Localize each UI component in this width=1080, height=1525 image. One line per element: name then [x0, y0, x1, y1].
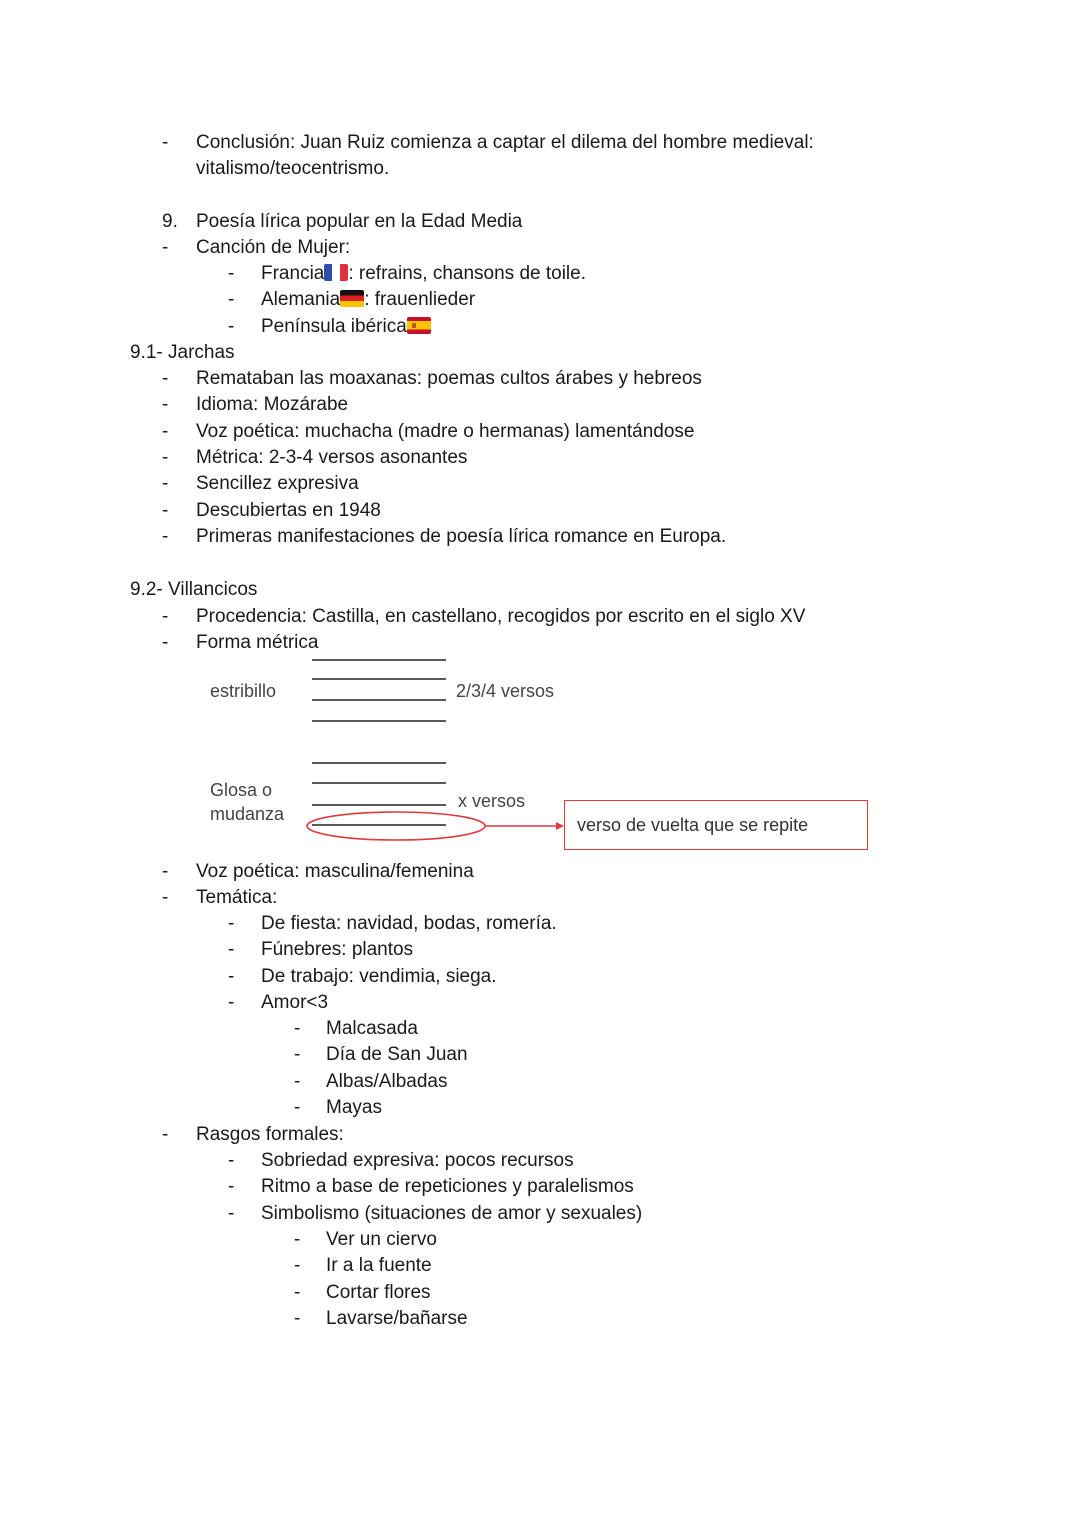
- list-item-francia: Francia: refrains, chansons de toile.: [261, 263, 586, 285]
- list-dash: -: [162, 368, 168, 390]
- list-dash: -: [162, 447, 168, 469]
- list-item: Voz poética: muchacha (madre o hermanas)…: [196, 421, 695, 443]
- procedencia: Procedencia: Castilla, en castellano, re…: [196, 606, 805, 628]
- list-dash: -: [294, 1097, 300, 1119]
- voz-poetica: Voz poética: masculina/femenina: [196, 861, 474, 883]
- estribillo-count: 2/3/4 versos: [456, 680, 554, 702]
- list-item: Lavarse/bañarse: [326, 1308, 468, 1330]
- list-dash: -: [294, 1255, 300, 1277]
- list-dash: -: [162, 861, 168, 883]
- list-dash: -: [162, 887, 168, 909]
- list-dash: -: [294, 1044, 300, 1066]
- list-dash: -: [294, 1282, 300, 1304]
- arrow-head-icon: [556, 822, 564, 830]
- cancion-de-mujer: Canción de Mujer:: [196, 237, 350, 259]
- list-item: De fiesta: navidad, bodas, romería.: [261, 913, 557, 935]
- list-item: Albas/Albadas: [326, 1071, 447, 1093]
- list-item: Simbolismo (situaciones de amor y sexual…: [261, 1203, 642, 1225]
- section-number: 9.: [162, 211, 178, 233]
- list-dash: -: [228, 1176, 234, 1198]
- list-item: Sobriedad expresiva: pocos recursos: [261, 1150, 574, 1172]
- flag-france-icon: [324, 264, 348, 281]
- list-dash: -: [228, 992, 234, 1014]
- list-item-alemania: Alemania: frauenlieder: [261, 289, 475, 311]
- list-item: Primeras manifestaciones de poesía líric…: [196, 526, 726, 548]
- list-dash: -: [294, 1071, 300, 1093]
- list-dash: -: [294, 1308, 300, 1330]
- glosa-count: x versos: [458, 790, 525, 812]
- list-dash: -: [162, 1124, 168, 1146]
- list-dash: -: [228, 939, 234, 961]
- list-item: Métrica: 2-3-4 versos asonantes: [196, 447, 467, 469]
- list-item: Ritmo a base de repeticiones y paralelis…: [261, 1176, 634, 1198]
- list-item: Amor<3: [261, 992, 328, 1014]
- list-dash: -: [162, 421, 168, 443]
- list-item: Remataban las moaxanas: poemas cultos ár…: [196, 368, 702, 390]
- list-dash: -: [162, 132, 168, 154]
- list-dash: -: [162, 606, 168, 628]
- list-dash: -: [162, 632, 168, 654]
- conclusion-line-2: vitalismo/teocentrismo.: [196, 158, 389, 180]
- country-detail: : refrains, chansons de toile.: [348, 263, 586, 284]
- list-dash: -: [228, 316, 234, 338]
- callout-box: verso de vuelta que se repite: [564, 800, 868, 850]
- list-dash: -: [228, 966, 234, 988]
- list-item-peninsula: Península ibérica: [261, 316, 431, 338]
- list-dash: -: [162, 500, 168, 522]
- list-item: Idioma: Mozárabe: [196, 394, 348, 416]
- list-dash: -: [162, 473, 168, 495]
- highlight-ellipse: [307, 812, 485, 840]
- country-name: Península ibérica: [261, 316, 407, 337]
- forma-metrica: Forma métrica: [196, 632, 318, 654]
- list-dash: -: [162, 394, 168, 416]
- rasgos-formales: Rasgos formales:: [196, 1124, 344, 1146]
- verse-lines: [312, 660, 446, 825]
- villancicos-heading: 9.2- Villancicos: [130, 579, 257, 601]
- country-detail: : frauenlieder: [364, 289, 475, 310]
- list-dash: -: [294, 1229, 300, 1251]
- section-title: Poesía lírica popular en la Edad Media: [196, 211, 522, 233]
- tematica: Temática:: [196, 887, 277, 909]
- list-item: Fúnebres: plantos: [261, 939, 413, 961]
- list-dash: -: [228, 289, 234, 311]
- list-dash: -: [228, 913, 234, 935]
- list-item: Descubiertas en 1948: [196, 500, 381, 522]
- list-dash: -: [162, 237, 168, 259]
- list-dash: -: [294, 1018, 300, 1040]
- glosa-label-1: Glosa o: [210, 779, 272, 801]
- list-item: Ver un ciervo: [326, 1229, 437, 1251]
- callout-text: verso de vuelta que se repite: [577, 815, 808, 836]
- list-dash: -: [228, 1150, 234, 1172]
- list-item: Sencillez expresiva: [196, 473, 359, 495]
- list-dash: -: [228, 263, 234, 285]
- list-item: Cortar flores: [326, 1282, 431, 1304]
- country-name: Alemania: [261, 289, 340, 310]
- jarchas-heading: 9.1- Jarchas: [130, 342, 235, 364]
- list-dash: -: [228, 1203, 234, 1225]
- list-dash: -: [162, 526, 168, 548]
- glosa-label-2: mudanza: [210, 803, 284, 825]
- list-item: De trabajo: vendimia, siega.: [261, 966, 497, 988]
- flag-germany-icon: [340, 290, 364, 307]
- conclusion-line-1: Conclusión: Juan Ruiz comienza a captar …: [196, 132, 814, 154]
- list-item: Ir a la fuente: [326, 1255, 432, 1277]
- list-item: Día de San Juan: [326, 1044, 468, 1066]
- list-item: Malcasada: [326, 1018, 418, 1040]
- country-name: Francia: [261, 263, 324, 284]
- list-item: Mayas: [326, 1097, 382, 1119]
- flag-spain-icon: [407, 317, 431, 334]
- estribillo-label: estribillo: [210, 680, 276, 702]
